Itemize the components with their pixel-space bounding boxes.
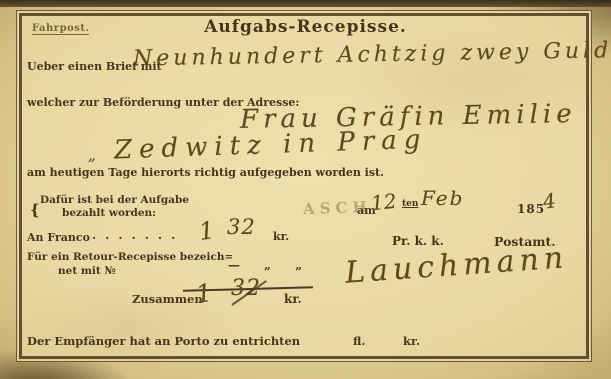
date-ordinal-label: ten <box>402 199 418 209</box>
photo-top-shadow <box>0 0 611 7</box>
franco-kreuzer-handwriting: 32 <box>227 215 256 239</box>
franco-label: An Franco <box>27 231 90 244</box>
retour-line2: net mit № <box>58 265 116 277</box>
retour-value: — „ „ <box>228 258 312 272</box>
date-day-handwriting: 12 <box>370 189 398 216</box>
total-label: Zusammen <box>132 292 203 306</box>
total-unit-label: kr. <box>284 292 302 306</box>
pr-kk-label: Pr. k. k. <box>392 234 444 248</box>
franco-unit-label: kr. <box>273 230 289 243</box>
date-month-handwriting: Feb <box>421 186 464 210</box>
paid-block-line2: bezahlt worden: <box>62 207 156 219</box>
posted-statement: am heutigen Tage hierorts richtig aufgeg… <box>27 166 384 179</box>
total-kreuzer-handwriting: 32 <box>231 276 261 301</box>
date-year-handwriting: 4 <box>541 188 557 214</box>
paid-block-brace: { <box>30 201 40 219</box>
paid-block-line1: Dafür ist bei der Aufgabe <box>40 194 189 206</box>
retour-line1: Für ein Retour-Recepisse bezeich= <box>27 251 233 263</box>
receipt-photo: Fahrpost. Aufgabs-Recepisse. Ueber einen… <box>0 0 611 379</box>
porto-kr-label: kr. <box>403 334 420 348</box>
date-year-printed: 185 <box>517 202 545 216</box>
franco-dot-leaders: ....... <box>92 228 184 242</box>
address-ditto-mark: „ <box>88 146 96 164</box>
porto-fl-label: fl. <box>353 334 365 348</box>
form-title: Aufgabs-Recepisse. <box>0 17 611 37</box>
porto-footer-text: Der Empfänger hat an Porto zu entrichten <box>27 334 300 348</box>
